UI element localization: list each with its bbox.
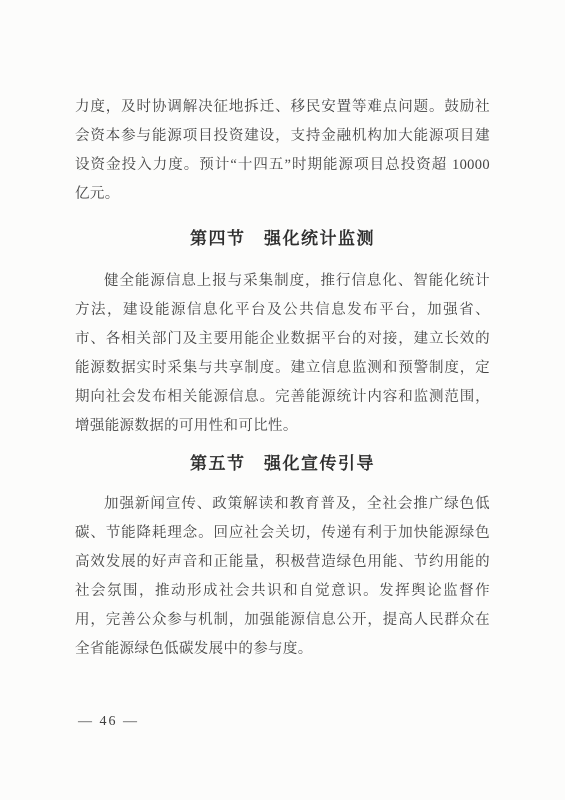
paragraph-continuation: 力度，及时协调解决征地拆迁、移民安置等难点问题。鼓励社会资本参与能源项目投资建设… (75, 93, 490, 209)
document-page: 力度，及时协调解决征地拆迁、移民安置等难点问题。鼓励社会资本参与能源项目投资建设… (0, 0, 565, 800)
section-4-heading: 第四节 强化统计监测 (75, 224, 490, 253)
section-5-heading: 第五节 强化宣传引导 (75, 449, 490, 478)
page-number: — 46 — (78, 714, 139, 730)
section-4-paragraph: 健全能源信息上报与采集制度，推行信息化、智能化统计方法，建设能源信息化平台及公共… (75, 267, 490, 441)
section-5-paragraph: 加强新闻宣传、政策解读和教育普及，全社会推广绿色低碳、节能降耗理念。回应社会关切… (75, 490, 490, 664)
